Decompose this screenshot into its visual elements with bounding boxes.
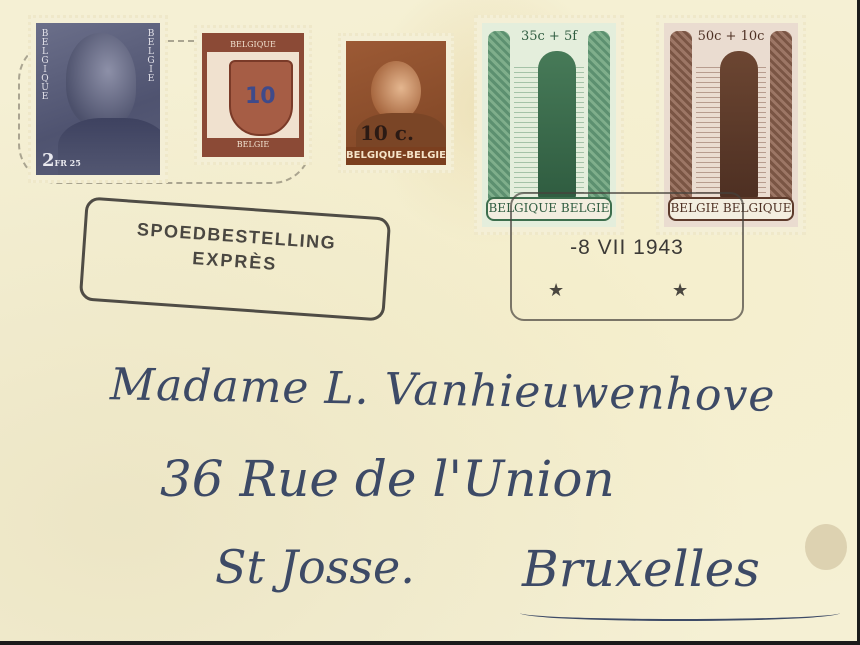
statue-figure [538, 51, 576, 201]
star-icon: ★ [672, 280, 688, 301]
star-icon: ★ [548, 280, 564, 301]
stamp-value: 35c + 5f [482, 29, 616, 44]
column-icon [770, 31, 792, 206]
envelope: BELGIQUE BELGIE 2FR 25 BELGIQUE 10 BELGI… [0, 0, 857, 641]
address-recipient: Madame L. Vanhieuwenhove [110, 359, 776, 422]
column-icon [670, 31, 692, 206]
address-city: Bruxelles [522, 540, 760, 598]
statue-figure [720, 51, 758, 201]
stamp-country-text: BELGIE [146, 29, 156, 83]
address-street: 36 Rue de l'Union [160, 450, 615, 508]
stamp-surcharge: 10 c. [360, 121, 414, 145]
stamp-surcharge: 10 [245, 84, 276, 109]
column-icon [588, 31, 610, 206]
stamp-label: BELGIQUE-BELGIE [346, 147, 446, 165]
stamp-country-text: BELGIQUE [40, 29, 50, 101]
stamp-king-leopold-brown: 10 c. BELGIQUE-BELGIE [338, 33, 454, 173]
king-portrait [66, 33, 136, 128]
king-portrait [371, 61, 421, 121]
stamp-country-text: BELGIQUE [207, 38, 299, 52]
stamp-value: 50c + 10c [664, 29, 798, 44]
postmark-date: -8 VII 1943 ★ ★ [510, 192, 744, 321]
stamp-country-text: BELGIE [207, 138, 299, 152]
stamp-coat-of-arms: BELGIQUE 10 BELGIE [194, 25, 312, 165]
stamp-king-leopold-blue: BELGIQUE BELGIE 2FR 25 [28, 15, 168, 183]
column-icon [488, 31, 510, 206]
stain-mark [805, 524, 847, 570]
express-handstamp: SPOEDBESTELLING EXPRÈS [79, 196, 392, 321]
address-district: St Josse. [215, 540, 415, 594]
postmark-date-text: -8 VII 1943 [512, 236, 742, 260]
city-underline [520, 605, 840, 621]
stamp-value: 2FR 25 [42, 150, 81, 171]
